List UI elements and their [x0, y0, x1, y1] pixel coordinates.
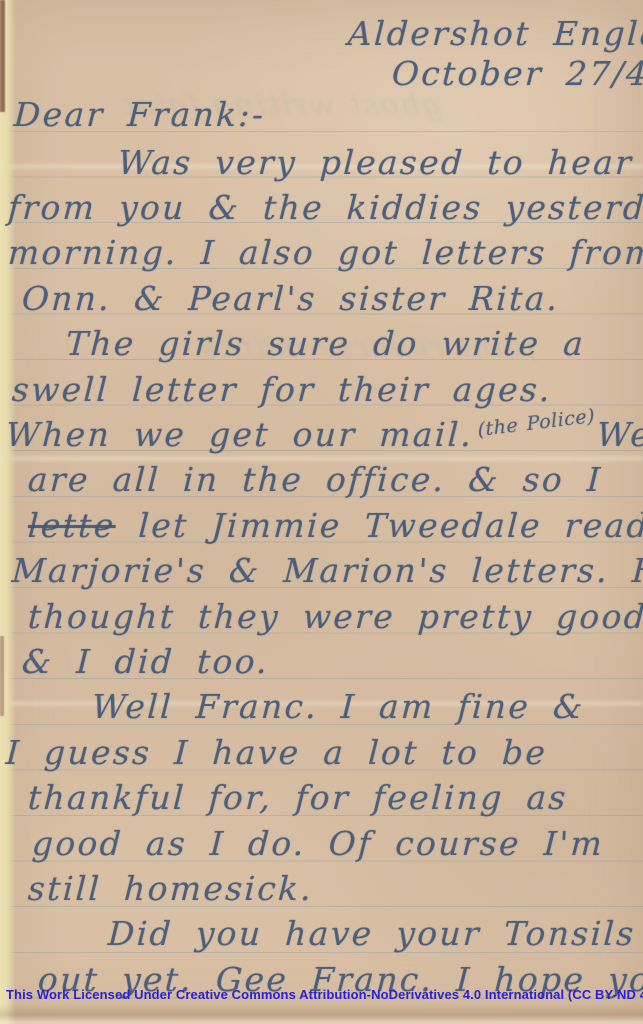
line-text: When we get our mail.: [5, 415, 474, 454]
police-insertion: (the Police): [477, 405, 596, 441]
handwriting-line: Marjorie's & Marion's letters. He: [11, 551, 643, 590]
header-place: Aldershot England: [347, 14, 643, 53]
handwriting-line: swell letter for their ages.: [11, 370, 553, 409]
handwriting-line: still homesick.: [27, 869, 314, 908]
handwriting-line-with-strikethrough: lette let Jimmie Tweedale read: [27, 506, 643, 545]
handwriting-line: Did you have your Tonsils: [107, 914, 637, 953]
handwriting-line: Well Franc. I am fine &: [91, 687, 586, 726]
header-date: October 27/40: [391, 54, 643, 93]
paper-edge-shadow: [0, 636, 4, 716]
handwriting-line: Was very pleased to hear: [117, 143, 634, 182]
handwriting-line: The girls sure do write a: [65, 324, 586, 363]
handwriting-line: thankful for, for feeling as: [27, 778, 569, 817]
handwriting-line: morning. I also got letters from: [7, 233, 643, 272]
paper-edge-shadow: [0, 0, 5, 112]
line-text: We: [596, 415, 643, 454]
paper-left-edge: [0, 0, 16, 1024]
handwriting-line: good as I do. Of course I'm: [31, 824, 605, 863]
line-text: let Jimmie Tweedale read: [137, 506, 643, 545]
license-text: This Work Licensed Under Creative Common…: [6, 987, 643, 1002]
paper-bottom-edge: [0, 1004, 643, 1024]
handwriting-line: Onn. & Pearl's sister Rita.: [21, 279, 561, 318]
letter-paper: ghost writing faint faint reverse marks …: [0, 0, 643, 1024]
handwriting-line: I guess I have a lot to be: [5, 733, 548, 772]
salutation: Dear Frank:-: [13, 95, 266, 134]
handwriting-line: from you & the kiddies yesterday: [7, 188, 643, 227]
handwriting-line-with-insertion: When we get our mail.(the Police)We: [5, 415, 643, 454]
handwriting-line: & I did too.: [21, 642, 270, 681]
struck-word: lette: [27, 506, 117, 545]
handwriting-line: are all in the office. & so I: [27, 460, 603, 499]
handwriting-line: thought they were pretty good.: [27, 597, 643, 636]
